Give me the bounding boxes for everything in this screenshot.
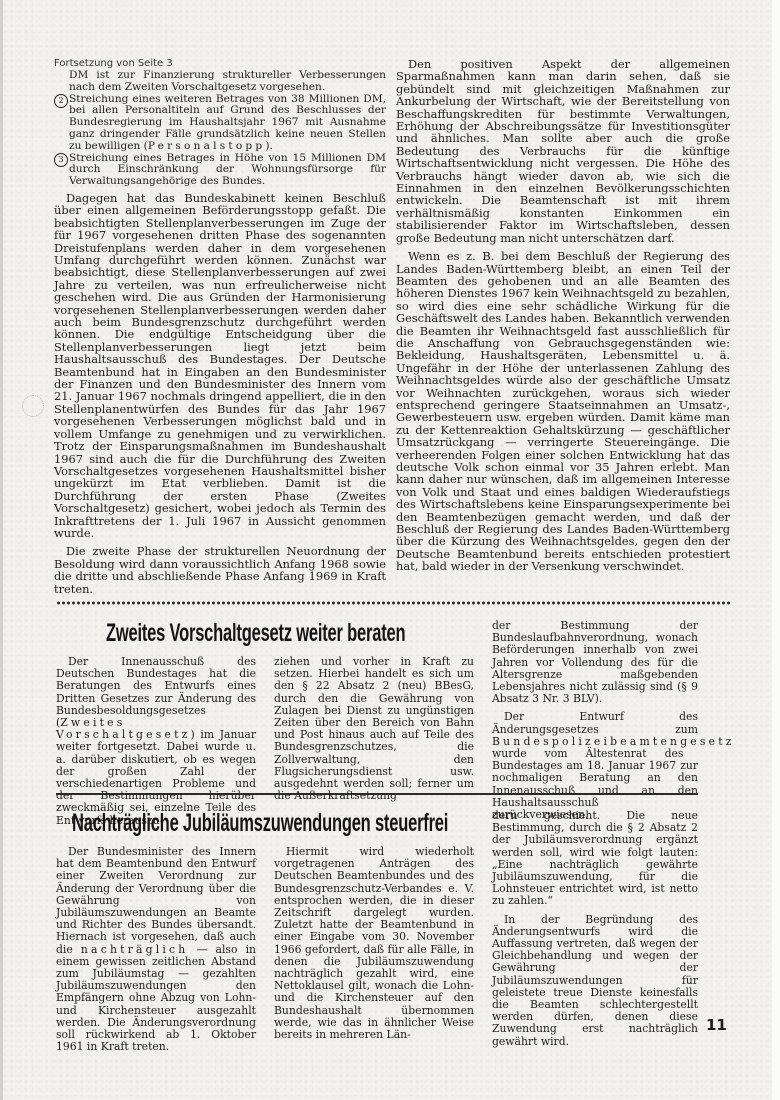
paragraph: Hiermit wird wiederholt vorgetragenen An… <box>274 846 474 1041</box>
vorschaltgesetz-column-2: ziehen und vorher in Kraft zu setzen. Hi… <box>274 656 474 802</box>
page-number: 11 <box>706 1016 727 1034</box>
jubilaeum-column-3: dern geschieht. Die neue Bestimmung, dur… <box>492 810 698 1048</box>
list-item-2: 2Streichung eines weiteren Betrages von … <box>54 94 386 153</box>
vorschaltgesetz-column-1: Der Innenausschuß des Deutschen Bundesta… <box>56 656 256 827</box>
punch-hole-mark <box>22 395 44 417</box>
page-left-edge <box>0 0 3 1100</box>
emphasis-zweites-vorschaltgesetz: Zweites Vorschaltgesetz <box>56 716 191 741</box>
paragraph: Der Entwurf des Änderungsgesetzes zum Bu… <box>492 711 698 821</box>
paragraph: In der Begründung des Änderungsentwurfs … <box>492 914 698 1048</box>
paragraph: Den positiven Aspekt der allgemeinen Spa… <box>396 58 730 244</box>
paragraph: Dagegen hat das Bundeskabinett keinen Be… <box>54 192 386 539</box>
headline-vorschaltgesetz: Zweites Vorschaltgesetz weiter beraten <box>106 619 405 648</box>
paragraph: der Bestimmung der Bundeslaufbahnverordn… <box>492 620 698 705</box>
paragraph: Wenn es z. B. bei dem Beschluß der Regie… <box>396 250 730 573</box>
circled-number-2-icon: 2 <box>54 94 68 108</box>
headline-jubilaeum: Nachträgliche Jubiläumszuwendungen steue… <box>72 809 448 838</box>
list-lead: DM ist zur Finanzierung struktureller Ve… <box>54 70 386 94</box>
paragraph: Der Innenausschuß des Deutschen Bundesta… <box>56 656 256 827</box>
emphasis-bundespolizeibeamtengesetz: Bundespolizeibeamtengesetz <box>492 735 735 748</box>
jubilaeum-column-2: Hiermit wird wiederholt vorgetragenen An… <box>274 846 474 1041</box>
document-page: Fortsetzung von Seite 3 DM ist zur Finan… <box>0 0 780 1100</box>
section-divider-dotted <box>56 601 730 605</box>
emphasis-personalstopp: Personalstopp <box>148 140 266 152</box>
paragraph: Die zweite Phase der strukturellen Neuor… <box>54 545 386 595</box>
emphasis-nachtraeglich: nachträglich <box>81 943 189 956</box>
cut-list: DM ist zur Finanzierung struktureller Ve… <box>54 70 386 188</box>
section-divider-solid <box>56 793 698 795</box>
vorschaltgesetz-column-3: der Bestimmung der Bundeslaufbahnverordn… <box>492 620 698 821</box>
circled-number-3-icon: 3 <box>54 153 68 167</box>
page-right-edge <box>772 0 780 1100</box>
list-item-3: 3Streichung eines Betrages in Höhe von 1… <box>54 153 386 188</box>
jubilaeum-column-1: Der Bundesminister des Innern hat dem Be… <box>56 846 256 1053</box>
paragraph: Der Bundesminister des Innern hat dem Be… <box>56 846 256 1053</box>
top-right-column: Den positiven Aspekt der allgemeinen Spa… <box>396 58 730 573</box>
paragraph: dern geschieht. Die neue Bestimmung, dur… <box>492 810 698 908</box>
paragraph: ziehen und vorher in Kraft zu setzen. Hi… <box>274 656 474 802</box>
top-left-column: Fortsetzung von Seite 3 DM ist zur Finan… <box>54 58 386 595</box>
